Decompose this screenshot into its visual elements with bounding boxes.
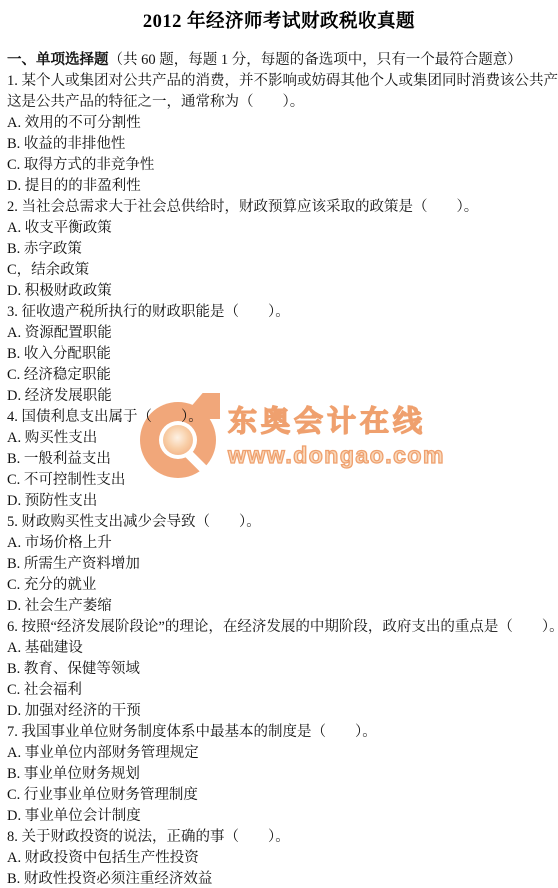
- answer-option: A. 资源配置职能: [7, 323, 558, 344]
- question-stem-line: 4. 国债利息支出属于（ ）。: [7, 407, 558, 428]
- question-block: 6. 按照“经济发展阶段论”的理论，在经济发展的中期阶段，政府支出的重点是（ ）…: [7, 617, 558, 722]
- answer-option: A. 事业单位内部财务管理规定: [7, 743, 558, 764]
- answer-option: C. 充分的就业: [7, 575, 558, 596]
- answer-option: B. 一般利益支出: [7, 449, 558, 470]
- answer-option: C. 社会福利: [7, 680, 558, 701]
- answer-option: D. 提目的的非盈利性: [7, 176, 558, 197]
- answer-option: B. 财政性投资必须注重经济效益: [7, 869, 558, 888]
- question-block: 1. 某个人或集团对公共产品的消费，并不影响或妨碍其他个人或集团同时消费该公共产…: [7, 71, 558, 197]
- answer-option: A. 财政投资中包括生产性投资: [7, 848, 558, 869]
- answer-option: C. 行业事业单位财务管理制度: [7, 785, 558, 806]
- question-block: 2. 当社会总需求大于社会总供给时，财政预算应该采取的政策是（ ）。A. 收支平…: [7, 197, 558, 302]
- question-block: 5. 财政购买性支出减少会导致（ ）。A. 市场价格上升B. 所需生产资料增加C…: [7, 512, 558, 617]
- answer-option: B. 教育、保健等领域: [7, 659, 558, 680]
- question-stem-line: 2. 当社会总需求大于社会总供给时，财政预算应该采取的政策是（ ）。: [7, 197, 558, 218]
- answer-option: C，结余政策: [7, 260, 558, 281]
- answer-option: D. 预防性支出: [7, 491, 558, 512]
- question-list: 一、单项选择题（共 60 题，每题 1 分，每题的备选项中，只有一个最符合题意）…: [7, 50, 558, 888]
- answer-option: D. 积极财政政策: [7, 281, 558, 302]
- answer-option: B. 收入分配职能: [7, 344, 558, 365]
- answer-option: B. 事业单位财务规划: [7, 764, 558, 785]
- page-title: 2012 年经济师考试财政税收真题: [0, 0, 558, 33]
- question-stem-line: 5. 财政购买性支出减少会导致（ ）。: [7, 512, 558, 533]
- section-heading-bold: 一、单项选择题: [7, 52, 109, 68]
- question-block: 7. 我国事业单位财务制度体系中最基本的制度是（ ）。A. 事业单位内部财务管理…: [7, 722, 558, 827]
- answer-option: A. 收支平衡政策: [7, 218, 558, 239]
- answer-option: A. 购买性支出: [7, 428, 558, 449]
- answer-option: D. 经济发展职能: [7, 386, 558, 407]
- exam-page: 东奥会计在线 www.dongao.com 2012 年经济师考试财政税收真题 …: [0, 0, 558, 888]
- answer-option: A. 效用的不可分割性: [7, 113, 558, 134]
- question-stem-line: 这是公共产品的特征之一，通常称为（ ）。: [7, 92, 558, 113]
- answer-option: B. 赤字政策: [7, 239, 558, 260]
- section-heading-note: （共 60 题，每题 1 分，每题的备选项中，只有一个最符合题意）: [109, 52, 522, 68]
- question-block: 4. 国债利息支出属于（ ）。A. 购买性支出B. 一般利益支出C. 不可控制性…: [7, 407, 558, 512]
- answer-option: A. 市场价格上升: [7, 533, 558, 554]
- question-block: 8. 关于财政投资的说法，正确的事（ ）。A. 财政投资中包括生产性投资B. 财…: [7, 827, 558, 888]
- answer-option: B. 所需生产资料增加: [7, 554, 558, 575]
- question-stem-line: 8. 关于财政投资的说法，正确的事（ ）。: [7, 827, 558, 848]
- question-stem-line: 1. 某个人或集团对公共产品的消费，并不影响或妨碍其他个人或集团同时消费该公共产…: [7, 71, 558, 92]
- question-stem-line: 6. 按照“经济发展阶段论”的理论，在经济发展的中期阶段，政府支出的重点是（ ）…: [7, 617, 558, 638]
- answer-option: C. 取得方式的非竞争性: [7, 155, 558, 176]
- section-heading: 一、单项选择题（共 60 题，每题 1 分，每题的备选项中，只有一个最符合题意）: [7, 50, 558, 71]
- answer-option: C. 经济稳定职能: [7, 365, 558, 386]
- answer-option: D. 加强对经济的干预: [7, 701, 558, 722]
- answer-option: D. 事业单位会计制度: [7, 806, 558, 827]
- answer-option: B. 收益的非排他性: [7, 134, 558, 155]
- answer-option: C. 不可控制性支出: [7, 470, 558, 491]
- answer-option: A. 基础建设: [7, 638, 558, 659]
- question-block: 3. 征收遗产税所执行的财政职能是（ ）。A. 资源配置职能B. 收入分配职能C…: [7, 302, 558, 407]
- answer-option: D. 社会生产萎缩: [7, 596, 558, 617]
- question-stem-line: 7. 我国事业单位财务制度体系中最基本的制度是（ ）。: [7, 722, 558, 743]
- question-stem-line: 3. 征收遗产税所执行的财政职能是（ ）。: [7, 302, 558, 323]
